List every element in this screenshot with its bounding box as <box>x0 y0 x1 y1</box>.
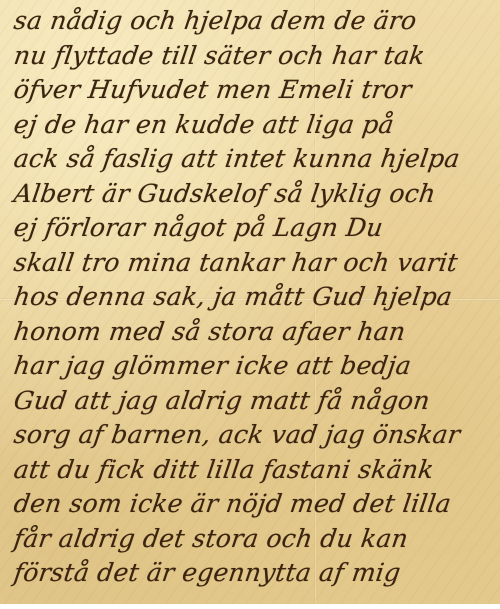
text-line: skall tro mina tankar har och varit <box>12 246 500 281</box>
scan-margin <box>0 604 500 609</box>
text-line: sa nådig och hjelpa dem de äro <box>12 4 500 39</box>
text-line: Albert är Gudskelof så lyklig och <box>12 177 500 212</box>
text-line: Gud att jag aldrig matt få någon <box>12 384 500 419</box>
text-line: den som icke är nöjd med det lilla <box>12 487 500 522</box>
text-line: att du fick ditt lilla fastani skänk <box>12 453 500 488</box>
text-line: får aldrig det stora och du kan <box>12 522 500 557</box>
text-line: ack så faslig att intet kunna hjelpa <box>12 142 500 177</box>
text-line: sorg af barnen, ack vad jag önskar <box>12 418 500 453</box>
text-line: har jag glömmer icke att bedja <box>12 349 500 384</box>
text-line: ej de har en kudde att liga på <box>12 108 500 143</box>
text-line: öfver Hufvudet men Emeli tror <box>12 73 500 108</box>
text-line: nu flyttade till säter och har tak <box>12 39 500 74</box>
text-line: förstå det är egennytta af mig <box>12 556 500 591</box>
text-line: hos denna sak, ja mått Gud hjelpa <box>12 280 500 315</box>
handwritten-text: sa nådig och hjelpa dem de äro nu flytta… <box>14 4 500 591</box>
text-line: ej förlorar något på Lagn Du <box>12 211 500 246</box>
letter-page: sa nådig och hjelpa dem de äro nu flytta… <box>0 0 500 604</box>
text-line: honom med så stora afaer han <box>12 315 500 350</box>
